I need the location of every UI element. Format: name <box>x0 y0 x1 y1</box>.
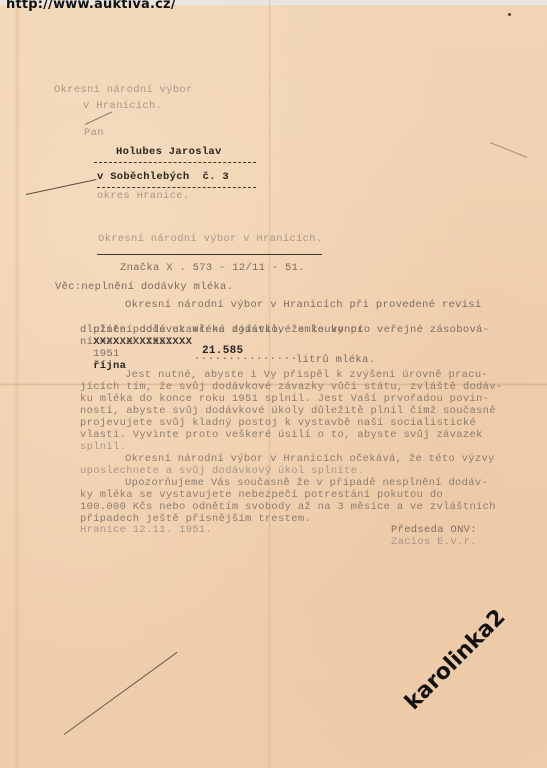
amount-unit: litrů mléka. <box>296 354 375 366</box>
signatory-title: Předseda ONV: <box>391 524 477 536</box>
body-p2-line1: Jest nutné, abyste i Vy přispěl k zvýšen… <box>125 369 488 381</box>
reference-number: Značka X . 573 - 12/11 - 51. <box>120 262 305 274</box>
body-p2-line7: splnil. <box>80 441 126 453</box>
body-p1-line2-year: 1951 <box>93 348 119 360</box>
body-p2-line4: ností, abyste svůj dodávkové úkoly důlež… <box>80 405 496 417</box>
body-p1-line3: dlužíte podle uzavřené dodávkové smlouvy… <box>80 324 489 336</box>
recipient-salutation: Pan <box>84 127 104 139</box>
body-p2-line2: jících tím, že svůj dodávkové závazky vů… <box>80 381 502 393</box>
recipient-name-underline <box>94 162 256 163</box>
body-p4-line2: ky mléka se vystavujete nebezpečí potres… <box>80 489 443 501</box>
recipient-name: Holubes Jaroslav <box>116 146 222 158</box>
body-p3-line1: Okresní národní výbor v Hranicích očekáv… <box>125 453 495 465</box>
body-p3-line2: uposlechnete a svůj dodávkový úkol splní… <box>80 465 364 477</box>
sender-line2: v Hranicích. <box>83 100 162 112</box>
body-p2-line5: projevujete svůj kladný postoj k vystavb… <box>80 417 476 429</box>
sender-line1: Okresní národní výbor <box>54 84 193 96</box>
recipient-address-underline <box>97 187 256 188</box>
fold-left <box>14 0 20 768</box>
recipient-district: okres Hranice. <box>97 190 189 202</box>
place-date: Hranice 12.11. 1951. <box>80 524 212 536</box>
body-p4-line3: 100.000 Kčs nebo odnětím svobody až na 3… <box>80 501 496 513</box>
recipient-address: v Soběchlebých č. 3 <box>97 171 229 183</box>
subject-line: Věc:neplnění dodávky mléka. <box>55 281 233 293</box>
issuer-title: Okresní národní výbor v Hranicích. <box>98 233 322 245</box>
body-p2-line3: ku mléka do konce roku 1951 splnil. Jest… <box>80 393 489 405</box>
month-text: října <box>93 360 126 372</box>
body-p2-line6: vlasti. Vyvinte proto veškeré úsilí o to… <box>80 429 483 441</box>
source-url: http://www.auktiva.cz/ <box>6 0 176 12</box>
body-p4-line1: Upozorňujeme Vás současně že v případě n… <box>125 477 488 489</box>
signatory-name: Zacios E.v.r. <box>391 536 477 548</box>
ink-dot <box>508 13 511 16</box>
body-p1-line1: Okresní národní výbor v Hranicích při pr… <box>125 299 481 311</box>
amount-dots: ............... <box>194 351 298 363</box>
issuer-divider <box>97 254 322 255</box>
body-p1-line4: ní na rok 1951 <box>80 336 172 348</box>
